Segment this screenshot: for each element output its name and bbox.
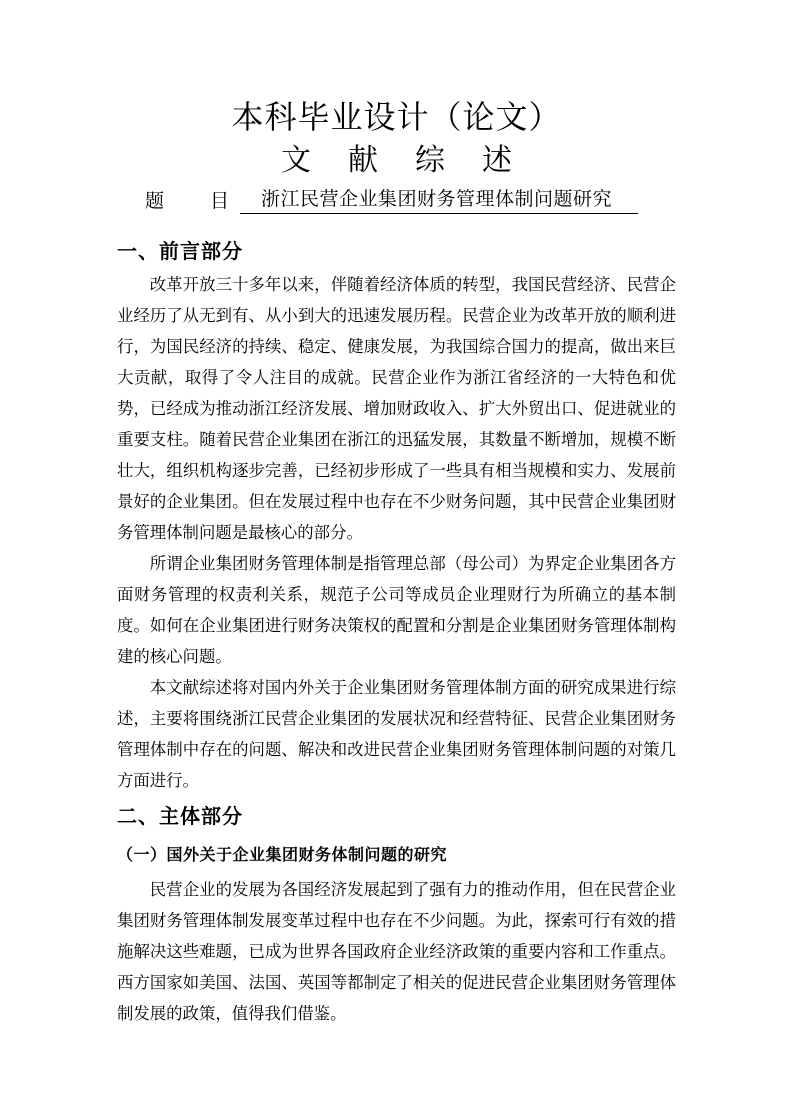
topic-label-char-2: 目 (210, 189, 229, 214)
section-1-body: 改革开放三十多年以来，伴随着经济体质的转型，我国民营经济、民营企业经历了从无到有… (117, 269, 676, 796)
section-2-subsection-1-heading: （一）国外关于企业集团财务体制问题的研究 (117, 844, 676, 868)
document-title: 本科毕业设计（论文） (117, 97, 676, 137)
section-1-paragraph-2: 所谓企业集团财务管理体制是指管理总部（母公司）为界定企业集团各方面财务管理的权责… (117, 548, 676, 672)
topic-value-underlined: 浙江民营企业集团财务管理体制问题研究 (240, 187, 638, 214)
document-subtitle: 文献综述 (117, 142, 676, 180)
section-2-body: 民营企业的发展为各国经济发展起到了强有力的推动作用，但在民营企业集团财务管理体制… (117, 874, 676, 1029)
document-page: 本科毕业设计（论文） 文献综述 题 目 浙江民营企业集团财务管理体制问题研究 一… (0, 0, 792, 1120)
section-2-heading: 二、主体部分 (117, 803, 676, 831)
topic-label-char-1: 题 (145, 189, 164, 214)
topic-row: 题 目 浙江民营企业集团财务管理体制问题研究 (117, 187, 676, 214)
section-1-heading: 一、前言部分 (117, 238, 676, 266)
section-1-paragraph-3: 本文献综述将对国内外关于企业集团财务管理体制方面的研究成果进行综述，主要将围绕浙… (117, 672, 676, 796)
section-2-paragraph-1: 民营企业的发展为各国经济发展起到了强有力的推动作用，但在民营企业集团财务管理体制… (117, 874, 676, 1029)
section-1-paragraph-1: 改革开放三十多年以来，伴随着经济体质的转型，我国民营经济、民营企业经历了从无到有… (117, 269, 676, 548)
